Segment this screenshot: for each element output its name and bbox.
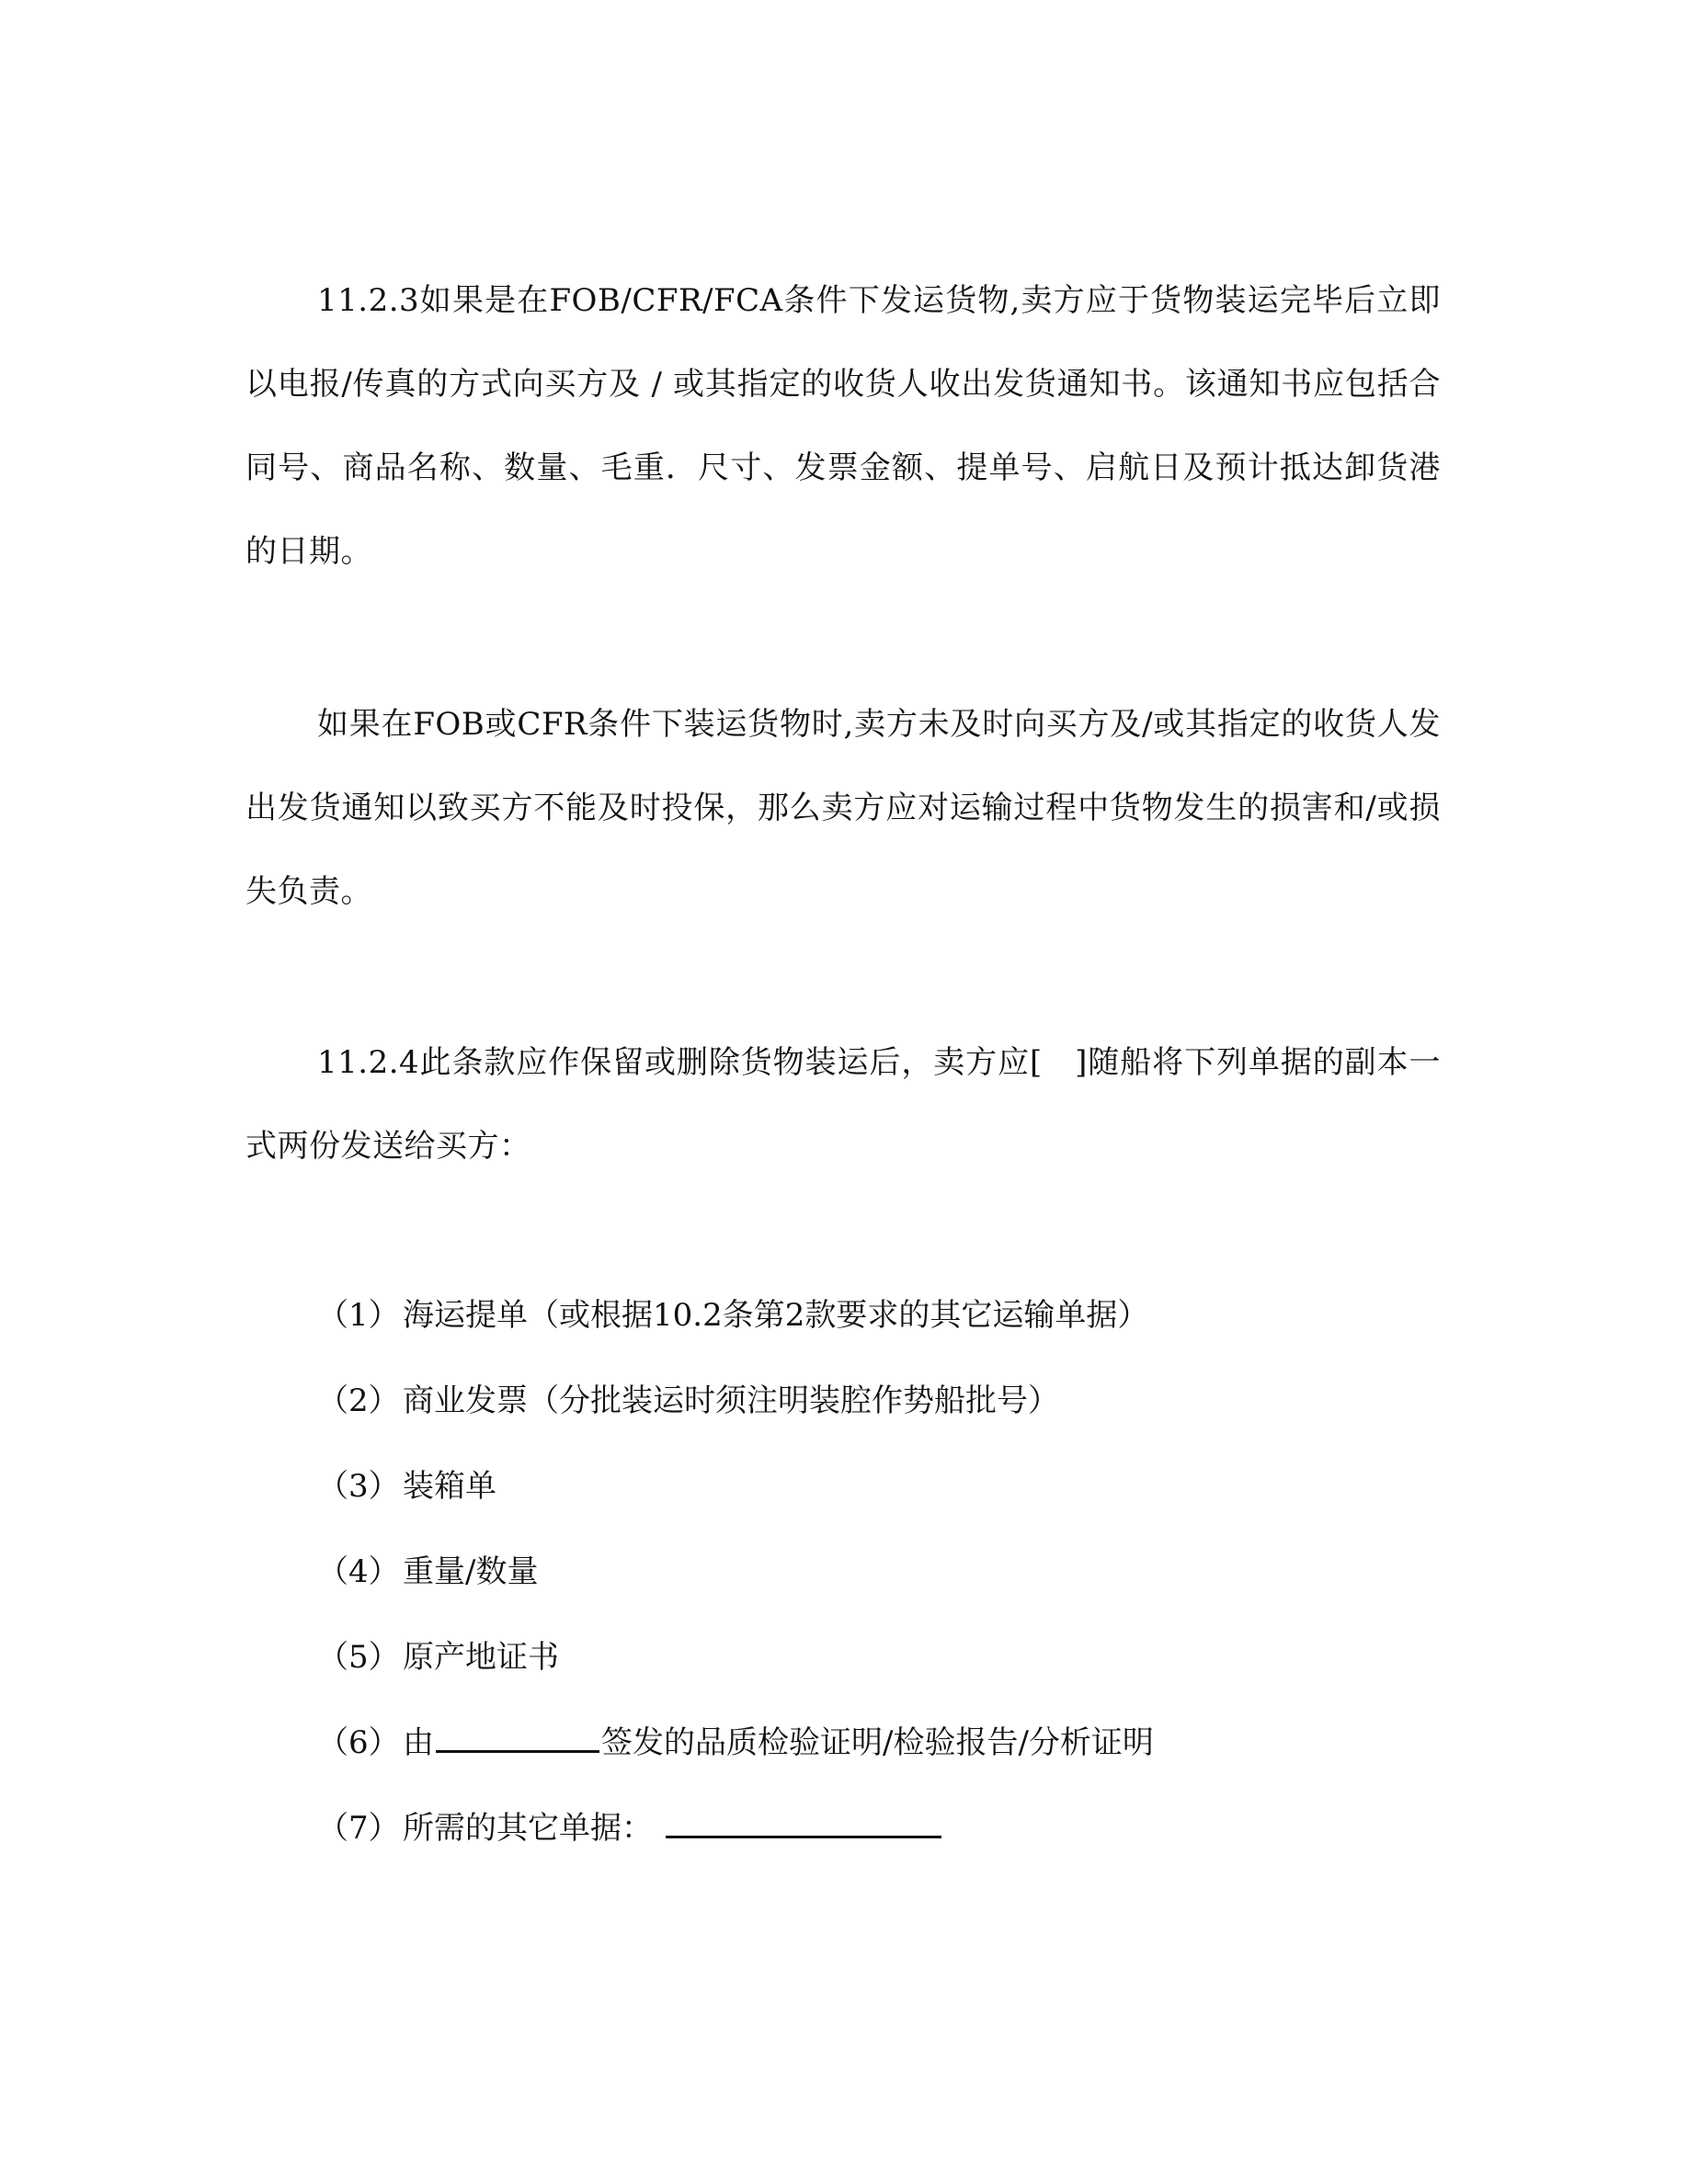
list-item-2: （2） 商业发票（分批装运时须注明装腔作势船批号） [317, 1359, 1441, 1444]
list-text: 装箱单 [403, 1444, 496, 1530]
list-text-before: 由 [403, 1701, 434, 1786]
paragraph-11-2-4: 11.2.4此条款应作保留或删除货物装运后，卖方应[ ]随船将下列单据的副本一式… [245, 1021, 1441, 1189]
list-number: （6） [317, 1701, 403, 1786]
list-item-7: （7） 所需的其它单据： [317, 1786, 1441, 1871]
list-text: 原产地证书 [403, 1615, 559, 1701]
paragraph-11-2-3: 11.2.3如果是在FOB/CFR/FCA条件下发运货物,卖方应于货物装运完毕后… [245, 259, 1441, 594]
list-number: （7） [317, 1786, 403, 1871]
list-text: 商业发票（分批装运时须注明装腔作势船批号） [403, 1359, 1059, 1444]
issuer-blank-field[interactable] [436, 1723, 599, 1753]
list-number: （1） [317, 1273, 403, 1359]
paragraph-notice-liability: 如果在FOB或CFR条件下装运货物时,卖方未及时向买方及/或其指定的收货人发出发… [245, 683, 1441, 934]
paragraph-spacer [245, 1189, 1441, 1273]
documents-list: （1） 海运提单（或根据10.2条第2款要求的其它运输单据） （2） 商业发票（… [317, 1273, 1441, 1871]
list-text: 重量/数量 [403, 1530, 538, 1615]
list-item-4: （4） 重量/数量 [317, 1530, 1441, 1615]
list-number: （4） [317, 1530, 403, 1615]
list-text: 所需的其它单据： [403, 1786, 653, 1871]
list-text: 海运提单（或根据10.2条第2款要求的其它运输单据） [403, 1273, 1148, 1359]
list-number: （3） [317, 1444, 403, 1530]
other-documents-blank-field[interactable] [666, 1808, 941, 1838]
document-page: 11.2.3如果是在FOB/CFR/FCA条件下发运货物,卖方应于货物装运完毕后… [245, 259, 1441, 1871]
paragraph-spacer [245, 934, 1441, 1021]
list-item-6: （6） 由 签发的品质检验证明/检验报告/分析证明 [317, 1701, 1441, 1786]
paragraph-spacer [245, 594, 1441, 683]
list-text-after: 签发的品质检验证明/检验报告/分析证明 [601, 1701, 1154, 1786]
list-item-3: （3） 装箱单 [317, 1444, 1441, 1530]
list-number: （5） [317, 1615, 403, 1701]
list-number: （2） [317, 1359, 403, 1444]
list-item-1: （1） 海运提单（或根据10.2条第2款要求的其它运输单据） [317, 1273, 1441, 1359]
list-item-5: （5） 原产地证书 [317, 1615, 1441, 1701]
